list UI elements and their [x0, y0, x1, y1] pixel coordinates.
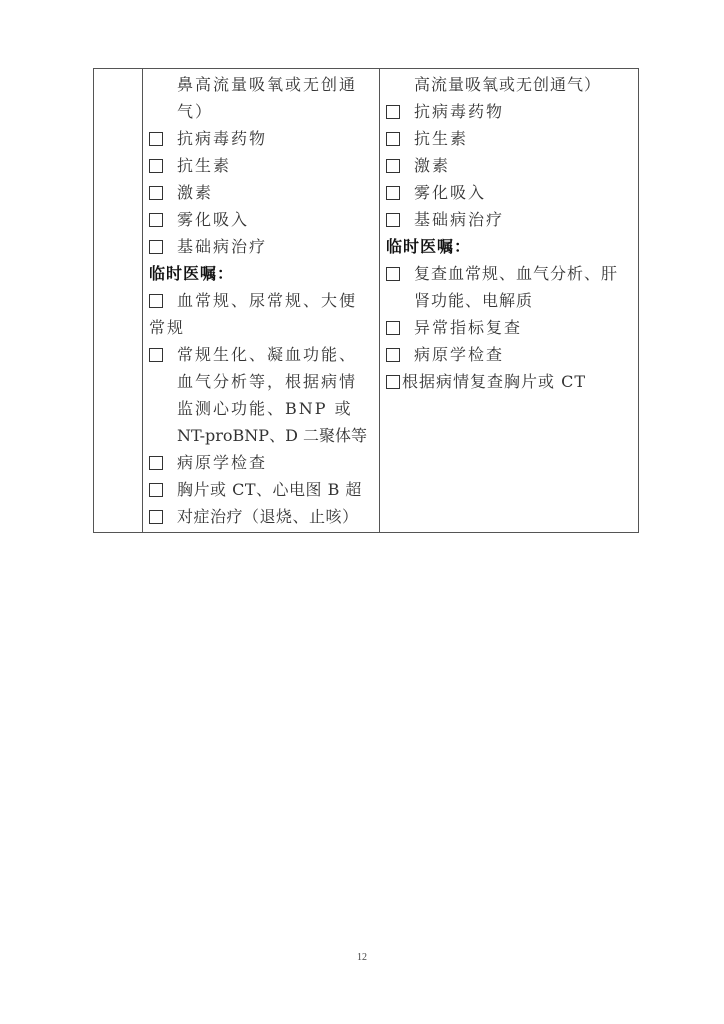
checkbox-icon[interactable]	[386, 348, 400, 362]
right-orders-cell: 高流量吸氧或无创通气） 抗病毒药物 抗生素 激素	[380, 69, 639, 533]
checkbox-icon[interactable]	[386, 159, 400, 173]
continuation-line: 高流量吸氧或无创通气）	[386, 71, 634, 98]
wrapped-line: 常规	[149, 314, 375, 341]
checkbox-icon[interactable]	[149, 240, 163, 254]
checkbox-icon[interactable]	[149, 186, 163, 200]
checkbox-item-antiviral[interactable]: 抗病毒药物	[149, 125, 375, 152]
left-orders-cell: 鼻高流量吸氧或无创通 气） 抗病毒药物 抗生素 激	[143, 69, 380, 533]
checkbox-icon[interactable]	[386, 105, 400, 119]
wrapped-line: NT-proBNP、D 二聚体等	[149, 422, 375, 449]
checkbox-icon[interactable]	[386, 213, 400, 227]
checkbox-item-pathogen-test[interactable]: 病原学检查	[149, 449, 375, 476]
checkbox-item-antibiotics[interactable]: 抗生素	[149, 152, 375, 179]
checkbox-icon[interactable]	[149, 159, 163, 173]
label-cell	[94, 69, 143, 533]
checkbox-icon[interactable]	[386, 132, 400, 146]
document-page: 鼻高流量吸氧或无创通 气） 抗病毒药物 抗生素 激	[0, 0, 724, 1024]
checkbox-item-nebulization[interactable]: 雾化吸入	[149, 206, 375, 233]
checkbox-item-nebulization[interactable]: 雾化吸入	[386, 179, 634, 206]
checkbox-item-biochemistry[interactable]: 常规生化、凝血功能、	[149, 341, 375, 368]
checkbox-item-routine-tests[interactable]: 血常规、尿常规、大便	[149, 287, 375, 314]
continuation-line: 气）	[149, 98, 375, 125]
checkbox-item-recheck-blood[interactable]: 复查血常规、血气分析、肝	[386, 260, 634, 287]
checkbox-item-hormone[interactable]: 激素	[149, 179, 375, 206]
checkbox-item-pathogen-test[interactable]: 病原学检查	[386, 341, 634, 368]
checkbox-icon[interactable]	[149, 456, 163, 470]
page-number: 12	[0, 952, 724, 963]
checkbox-item-recheck-imaging[interactable]: 根据病情复查胸片或 CT	[386, 368, 634, 395]
checkbox-item-antiviral[interactable]: 抗病毒药物	[386, 98, 634, 125]
checkbox-icon[interactable]	[386, 321, 400, 335]
wrapped-line: 血气分析等，根据病情	[149, 368, 375, 395]
checkbox-item-abnormal-recheck[interactable]: 异常指标复查	[386, 314, 634, 341]
checkbox-item-underlying-disease[interactable]: 基础病治疗	[149, 233, 375, 260]
checkbox-icon[interactable]	[149, 483, 163, 497]
checkbox-icon[interactable]	[386, 267, 400, 281]
checkbox-icon[interactable]	[149, 294, 163, 308]
checkbox-item-imaging[interactable]: 胸片或 CT、心电图 B 超	[149, 476, 375, 503]
checkbox-icon[interactable]	[386, 186, 400, 200]
checkbox-icon[interactable]	[149, 132, 163, 146]
wrapped-line: 肾功能、电解质	[386, 287, 634, 314]
temporary-orders-heading: 临时医嘱：	[386, 233, 634, 260]
checkbox-icon[interactable]	[149, 510, 163, 524]
temporary-orders-heading: 临时医嘱：	[149, 260, 375, 287]
table-row: 鼻高流量吸氧或无创通 气） 抗病毒药物 抗生素 激	[94, 69, 639, 533]
checkbox-icon[interactable]	[149, 213, 163, 227]
checkbox-item-symptomatic-treatment[interactable]: 对症治疗（退烧、止咳）	[149, 503, 375, 530]
continuation-line: 鼻高流量吸氧或无创通	[149, 71, 375, 98]
medical-orders-table: 鼻高流量吸氧或无创通 气） 抗病毒药物 抗生素 激	[93, 68, 639, 533]
wrapped-line: 监测心功能、BNP 或	[149, 395, 375, 422]
checkbox-item-hormone[interactable]: 激素	[386, 152, 634, 179]
checkbox-icon[interactable]	[149, 348, 163, 362]
checkbox-icon[interactable]	[386, 375, 400, 389]
checkbox-item-underlying-disease[interactable]: 基础病治疗	[386, 206, 634, 233]
checkbox-item-antibiotics[interactable]: 抗生素	[386, 125, 634, 152]
